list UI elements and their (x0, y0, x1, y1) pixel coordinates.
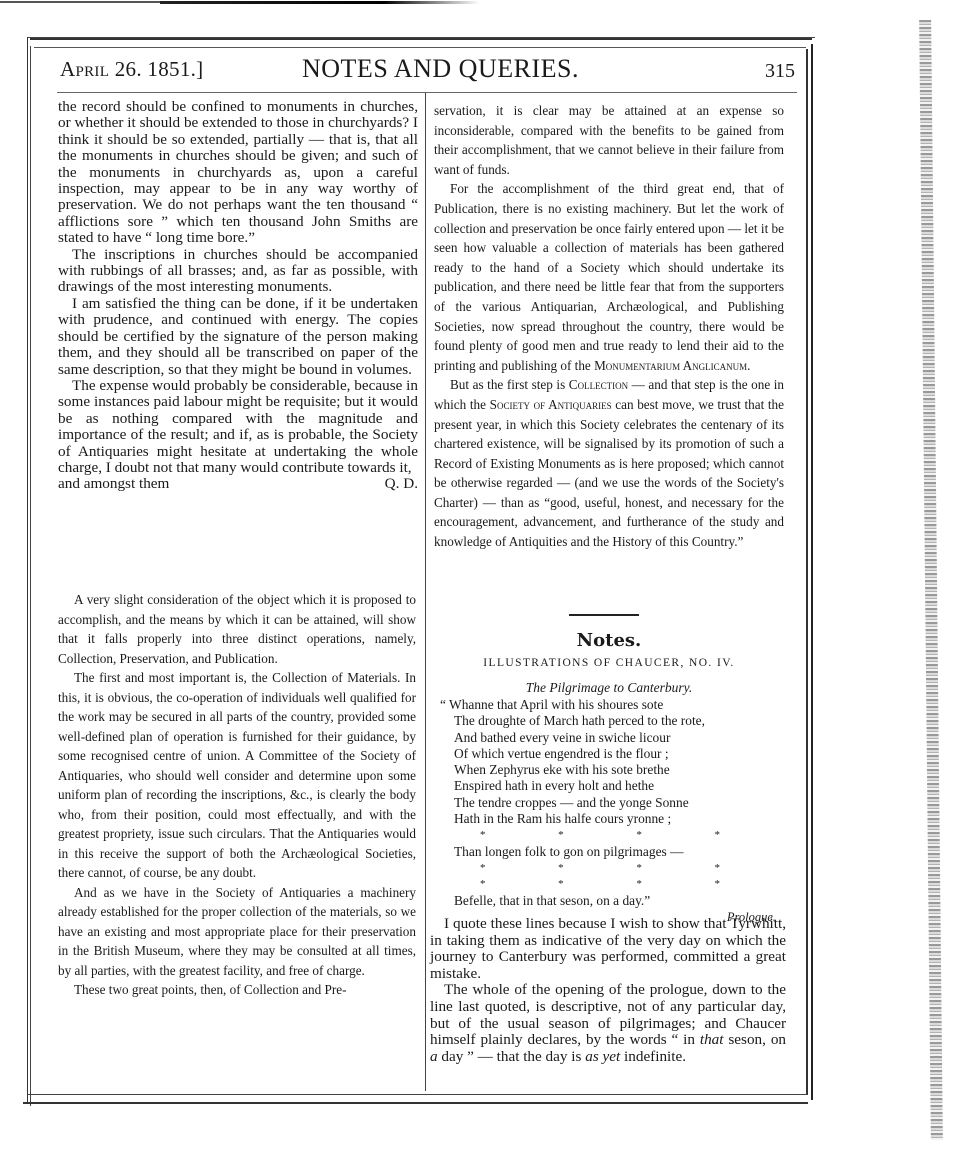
paragraph: The inscriptions in churches should be a… (58, 247, 418, 296)
running-head: April 26. 1851.] NOTES AND QUERIES. 315 (60, 54, 795, 88)
poem-line: The droughte of March hath perced to the… (440, 713, 780, 729)
ellipsis-stars: **** (440, 860, 720, 876)
signature: Q. D. (385, 476, 418, 492)
poem-quotation: “ Whanne that April with his shoures sot… (440, 697, 780, 925)
ellipsis-stars: **** (440, 827, 720, 843)
paragraph: And as we have in the Society of Antiqua… (58, 883, 416, 981)
ellipsis-stars: **** (440, 876, 720, 892)
column-divider (425, 93, 426, 1091)
page-gutter-shadow (919, 20, 943, 1140)
frame-bottom-rule (23, 1102, 808, 1104)
frame-right-rule-outer (811, 44, 813, 1100)
poem-line: The tendre croppes — and the yonge Sonne (440, 795, 780, 811)
paragraph: The expense would probably be considerab… (58, 378, 418, 476)
running-head-rule (57, 92, 797, 93)
paragraph: But as the first step is Collection — an… (434, 375, 784, 551)
frame-top-rule (30, 38, 812, 40)
section-heading-notes: Notes. (434, 630, 784, 651)
frame-bottom-inner-rule (27, 1094, 807, 1095)
frame-left-rule (30, 46, 31, 1106)
signature-line: and amongst them Q. D. (58, 476, 418, 492)
poem-line: Enspired hath in every holt and hethe (440, 778, 780, 794)
paragraph: I am satisfied the thing can be done, if… (58, 296, 418, 378)
article-body: I quote these lines because I wish to sh… (430, 916, 786, 1065)
frame-right-rule (806, 49, 808, 1095)
article-subtitle: The Pilgrimage to Canterbury. (434, 680, 784, 696)
paragraph: servation, it is clear may be attained a… (434, 101, 784, 179)
poem-line: “ Whanne that April with his shoures sot… (440, 697, 780, 713)
paragraph: the record should be confined to monumen… (58, 99, 418, 247)
letter-continuation: the record should be confined to monumen… (58, 99, 418, 493)
poem-line: Befelle, that in that seson, on a day.” (440, 893, 780, 909)
paragraph: A very slight consideration of the objec… (58, 590, 416, 668)
poem-line: Than longen folk to gon on pilgrimages — (440, 844, 780, 860)
paragraph: I quote these lines because I wish to sh… (430, 916, 786, 982)
section-separator (569, 614, 639, 616)
paragraph: For the accomplishment of the third grea… (434, 179, 784, 375)
poem-line: And bathed every veine in swiche licour (440, 730, 780, 746)
paragraph: The whole of the opening of the prologue… (430, 982, 786, 1065)
poem-line: Hath in the Ram his halfe cours yronne ; (440, 811, 780, 827)
editorial-continuation: servation, it is clear may be attained a… (434, 101, 784, 552)
issue-date: April 26. 1851.] (60, 57, 203, 82)
poem-line: Of which vertue engendred is the flour ; (440, 746, 780, 762)
journal-title: NOTES AND QUERIES. (302, 54, 579, 84)
editorial-comment: A very slight consideration of the objec… (58, 590, 416, 1000)
frame-top-inner-rule (34, 47, 806, 48)
poem-line: When Zephyrus eke with his sote brethe (440, 762, 780, 778)
article-title: ILLUSTRATIONS OF CHAUCER, NO. IV. (434, 657, 784, 669)
paragraph: The first and most important is, the Col… (58, 668, 416, 883)
paragraph: These two great points, then, of Collect… (58, 980, 416, 1000)
scan-top-shadow (160, 1, 480, 4)
page-number: 315 (765, 60, 795, 83)
